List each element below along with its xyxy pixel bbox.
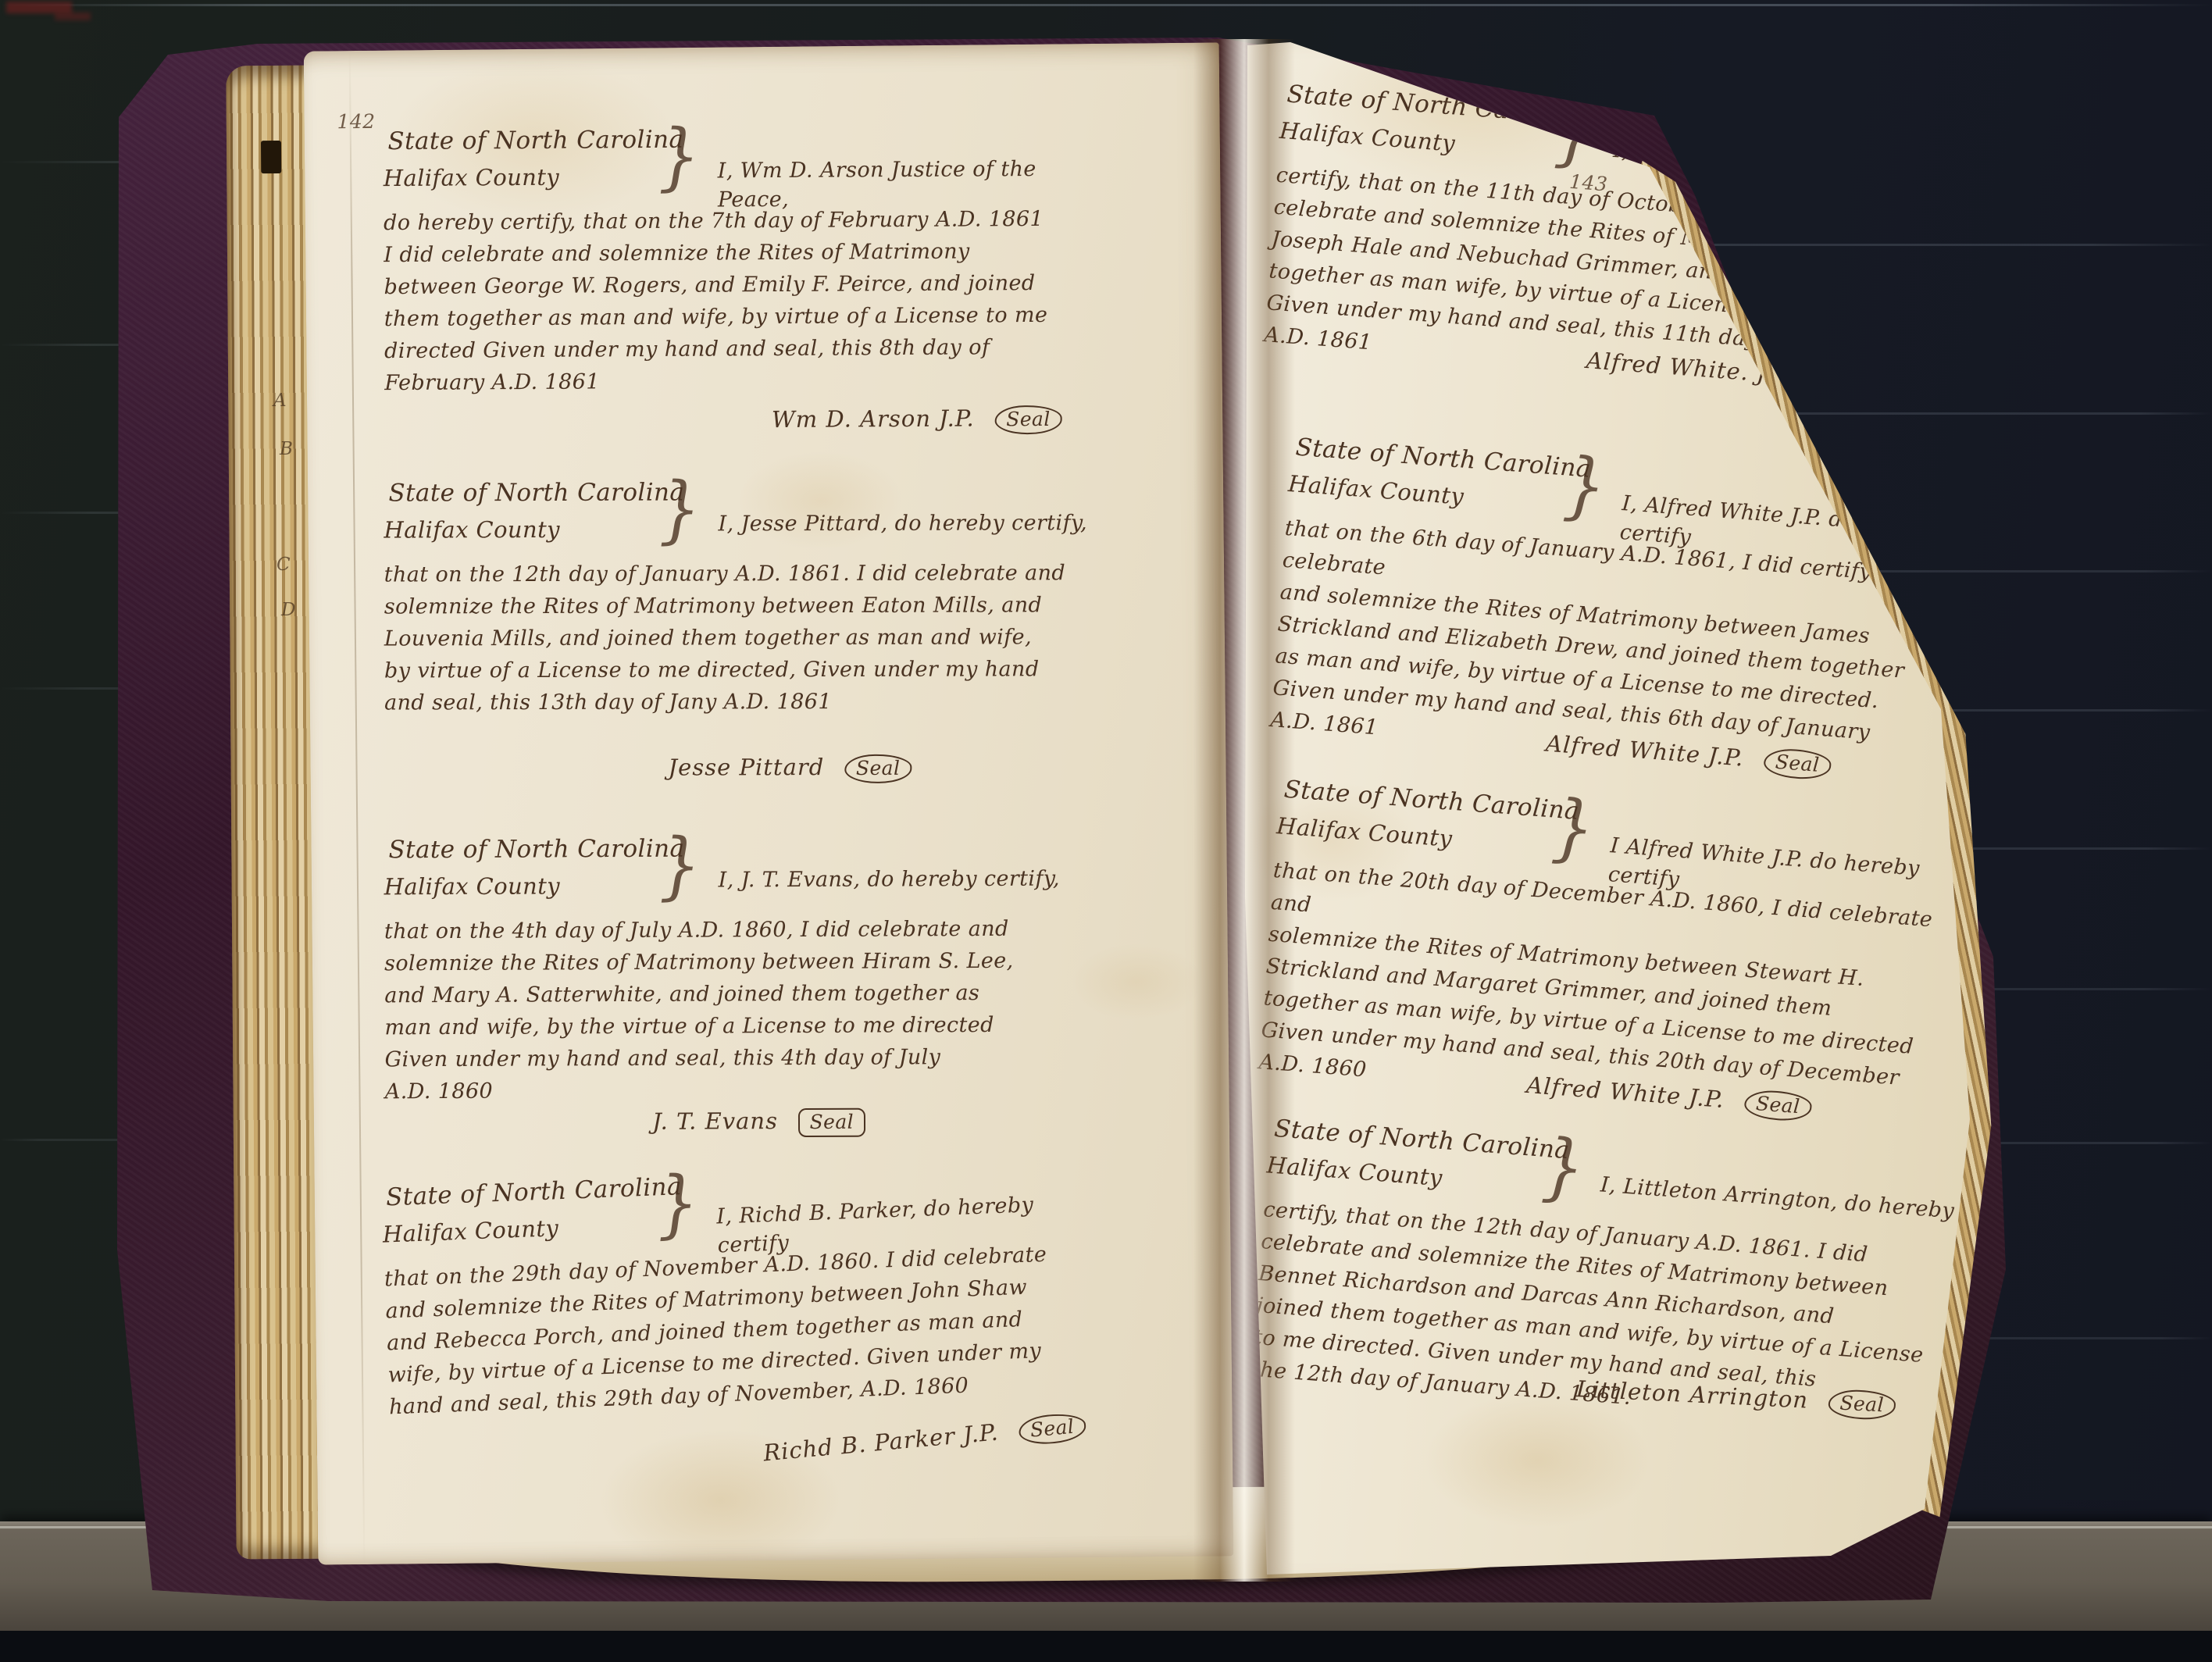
signature-row: Jesse Pittard Seal	[384, 753, 1099, 784]
state-heading: State of North Carolina	[388, 479, 684, 508]
state-heading: State of North Carolina	[387, 126, 683, 155]
officiant-opening-text: I, Jesse Pittard, do hereby certify,	[718, 508, 1091, 538]
county-heading: Halifax County	[384, 516, 559, 544]
margin-letter: A	[273, 391, 287, 411]
page-fold-line	[349, 51, 366, 1564]
marriage-record-entry: State of North Carolina } Halifax County…	[384, 833, 1100, 1139]
page-edge-notch	[261, 141, 281, 173]
marriage-record-entry: State of North Carolina } Halifax County…	[380, 1157, 1106, 1484]
brace-glyph: }	[655, 1160, 701, 1247]
marriage-record-entry: State of North Carolina } Halifax County…	[384, 477, 1099, 784]
signature-row: J. T. Evans Seal	[385, 1106, 1100, 1139]
county-heading: Halifax County	[384, 164, 560, 191]
marriage-record-entry: State of North Carolina } Halifax County…	[1269, 433, 1962, 789]
left-page: 142 State of North Carolina } Halifax Co…	[304, 42, 1234, 1564]
officiant-opening-text: I, Wm D. Arson Justice of the Peace,	[718, 155, 1091, 215]
seal-stamp: Seal	[798, 1108, 866, 1137]
officiant-opening-text: I, Littleton Arrington, do hereby	[1600, 1170, 1974, 1227]
state-heading: State of North Carolina	[388, 835, 684, 865]
right-page: 143 State of North Carolina } Halifax Co…	[1243, 37, 1978, 1584]
margin-letter: C	[276, 555, 291, 575]
seal-stamp: Seal	[1763, 747, 1832, 781]
record-body-text: that on the 4th day of July A.D. 1860, I…	[384, 912, 1100, 1107]
marriage-record-entry: State of North Carolina } Halifax County…	[1258, 775, 1950, 1131]
signature-row: Wm D. Arson J.P. Seal	[385, 405, 1100, 439]
county-heading: Halifax County	[1287, 470, 1465, 510]
county-heading: Halifax County	[382, 1214, 558, 1247]
county-heading: Halifax County	[1275, 812, 1453, 852]
seal-stamp: Seal	[844, 754, 912, 783]
marriage-record-entry: State of North Carolina } Halifax County…	[383, 123, 1099, 439]
seal-stamp: Seal	[994, 405, 1062, 435]
state-heading: State of North Carolina	[385, 1172, 682, 1211]
brace-glyph: }	[1539, 1122, 1588, 1211]
entry-heading: State of North Carolina } Halifax County…	[384, 477, 1098, 552]
entry-heading: State of North Carolina } Halifax County…	[380, 1157, 1097, 1257]
entry-heading: State of North Carolina } Halifax County…	[384, 833, 1098, 909]
book-gutter	[1193, 39, 1295, 1582]
signature-row: Richd B. Parker J.P. Seal	[391, 1409, 1106, 1503]
red-smudge	[55, 12, 91, 20]
record-body-text: that on the 12th day of January A.D. 186…	[384, 557, 1100, 719]
brace-glyph: }	[658, 822, 701, 908]
signature-text: Richd B. Parker J.P.	[762, 1418, 1000, 1466]
photograph-of-marriage-register: A B C D 142 State of North Carolina } Ha…	[0, 0, 2212, 1662]
margin-letter: B	[280, 439, 293, 459]
marriage-record-entry: State of North Carolina } Halifax County…	[1250, 1114, 1940, 1431]
seal-stamp: Seal	[1743, 1089, 1813, 1122]
brace-glyph: }	[1561, 441, 1609, 530]
record-body-text: that on the 29th day of November A.D. 18…	[384, 1236, 1104, 1423]
brace-glyph: }	[1549, 783, 1597, 872]
seal-stamp: Seal	[1828, 1389, 1896, 1421]
officiant-opening-text: I, J. T. Evans, do hereby certify,	[719, 864, 1092, 894]
scratch-line	[0, 4, 2212, 6]
county-heading: Halifax County	[384, 872, 561, 900]
signature-text: J. T. Evans	[652, 1107, 778, 1135]
seal-stamp: Seal	[1017, 1411, 1086, 1446]
red-smudge	[6, 2, 72, 13]
margin-letter: D	[281, 600, 295, 620]
seal-stamp: Seal	[1811, 365, 1880, 398]
county-heading: Halifax County	[1279, 117, 1456, 157]
entry-heading: State of North Carolina } Halifax County…	[383, 123, 1098, 202]
signature-text: Wm D. Arson J.P.	[772, 405, 975, 433]
page-number-left: 142	[337, 110, 375, 133]
signature-text: Jesse Pittard	[668, 754, 824, 781]
brace-glyph: }	[658, 113, 701, 199]
record-body-text: do hereby certify, that on the 7th day o…	[384, 203, 1099, 400]
brace-glyph: }	[658, 466, 701, 552]
shelf-shadow	[0, 1631, 2212, 1662]
